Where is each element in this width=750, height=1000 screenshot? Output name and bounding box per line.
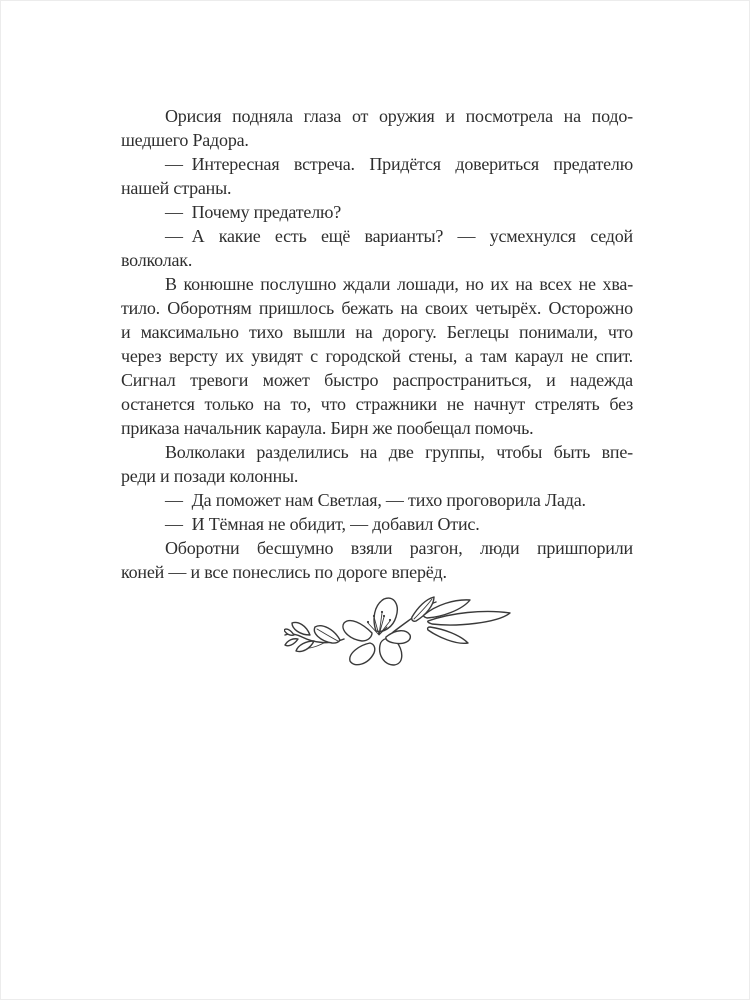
text-line: Сигналтревогиможетбыстрораспространиться… (121, 368, 633, 392)
left-leaf-4 (296, 641, 314, 652)
text-line: приказа начальник караула. Бирн же пообе… (121, 416, 633, 440)
text-line: останетсятольконато,чтостражникиненачнут… (121, 392, 633, 416)
text-line: тило.Оборотнямпришлосьбежатьнасвоихчетыр… (121, 296, 633, 320)
text-line: Орисияподнялаглазаоторужияипосмотреланап… (121, 104, 633, 128)
text-line: Оборотнибесшумновзялиразгон,людипришпори… (121, 536, 633, 560)
text-line: — Акакиеестьещёварианты?—усмехнулсяседой (121, 224, 633, 248)
stamen-dot (389, 619, 391, 621)
petal-right (386, 631, 410, 644)
text-line: волколак. (121, 248, 633, 272)
text-line: — Почему предателю? (121, 200, 633, 224)
text-line: — Интереснаявстреча.Придётсядоверитьсяпр… (121, 152, 633, 176)
body-text: Орисияподнялаглазаоторужияипосмотреланап… (121, 104, 633, 584)
text-line: — И Тёмная не обидит, — добавил Отис. (121, 512, 633, 536)
book-page: Орисияподнялаглазаоторужияипосмотреланап… (0, 0, 750, 1000)
left-leaf-5 (285, 639, 298, 646)
text-line: черезверстуихувидятсгородскойстены,атамк… (121, 344, 633, 368)
text-line: коней — и все понеслись по дороге вперёд… (121, 560, 633, 584)
petal-bottom-left (350, 643, 375, 665)
stamen-dot (373, 615, 375, 617)
stamen-dot (367, 621, 369, 623)
stamen-dot (383, 615, 385, 617)
text-line: шедшего Радора. (121, 128, 633, 152)
text-line: Волколакиразделилисьнадвегруппы,чтобыбыт… (121, 440, 633, 464)
stamen-dot (381, 611, 383, 613)
text-line: Вконюшнепослушнождалилошади,ноихнавсехне… (121, 272, 633, 296)
flower-branch-ornament-illustration (284, 595, 524, 670)
left-leaf-2 (292, 623, 310, 636)
ornament-container (1, 595, 750, 670)
text-line: нашей страны. (121, 176, 633, 200)
petal-top-left (343, 621, 372, 641)
right-leaf-4 (428, 627, 468, 643)
text-line: реди и позади колонны. (121, 464, 633, 488)
text-line: имаксимальнотиховышлинадорогу.Беглецыпон… (121, 320, 633, 344)
text-line: — Да поможет нам Светлая, — тихо прогово… (121, 488, 633, 512)
